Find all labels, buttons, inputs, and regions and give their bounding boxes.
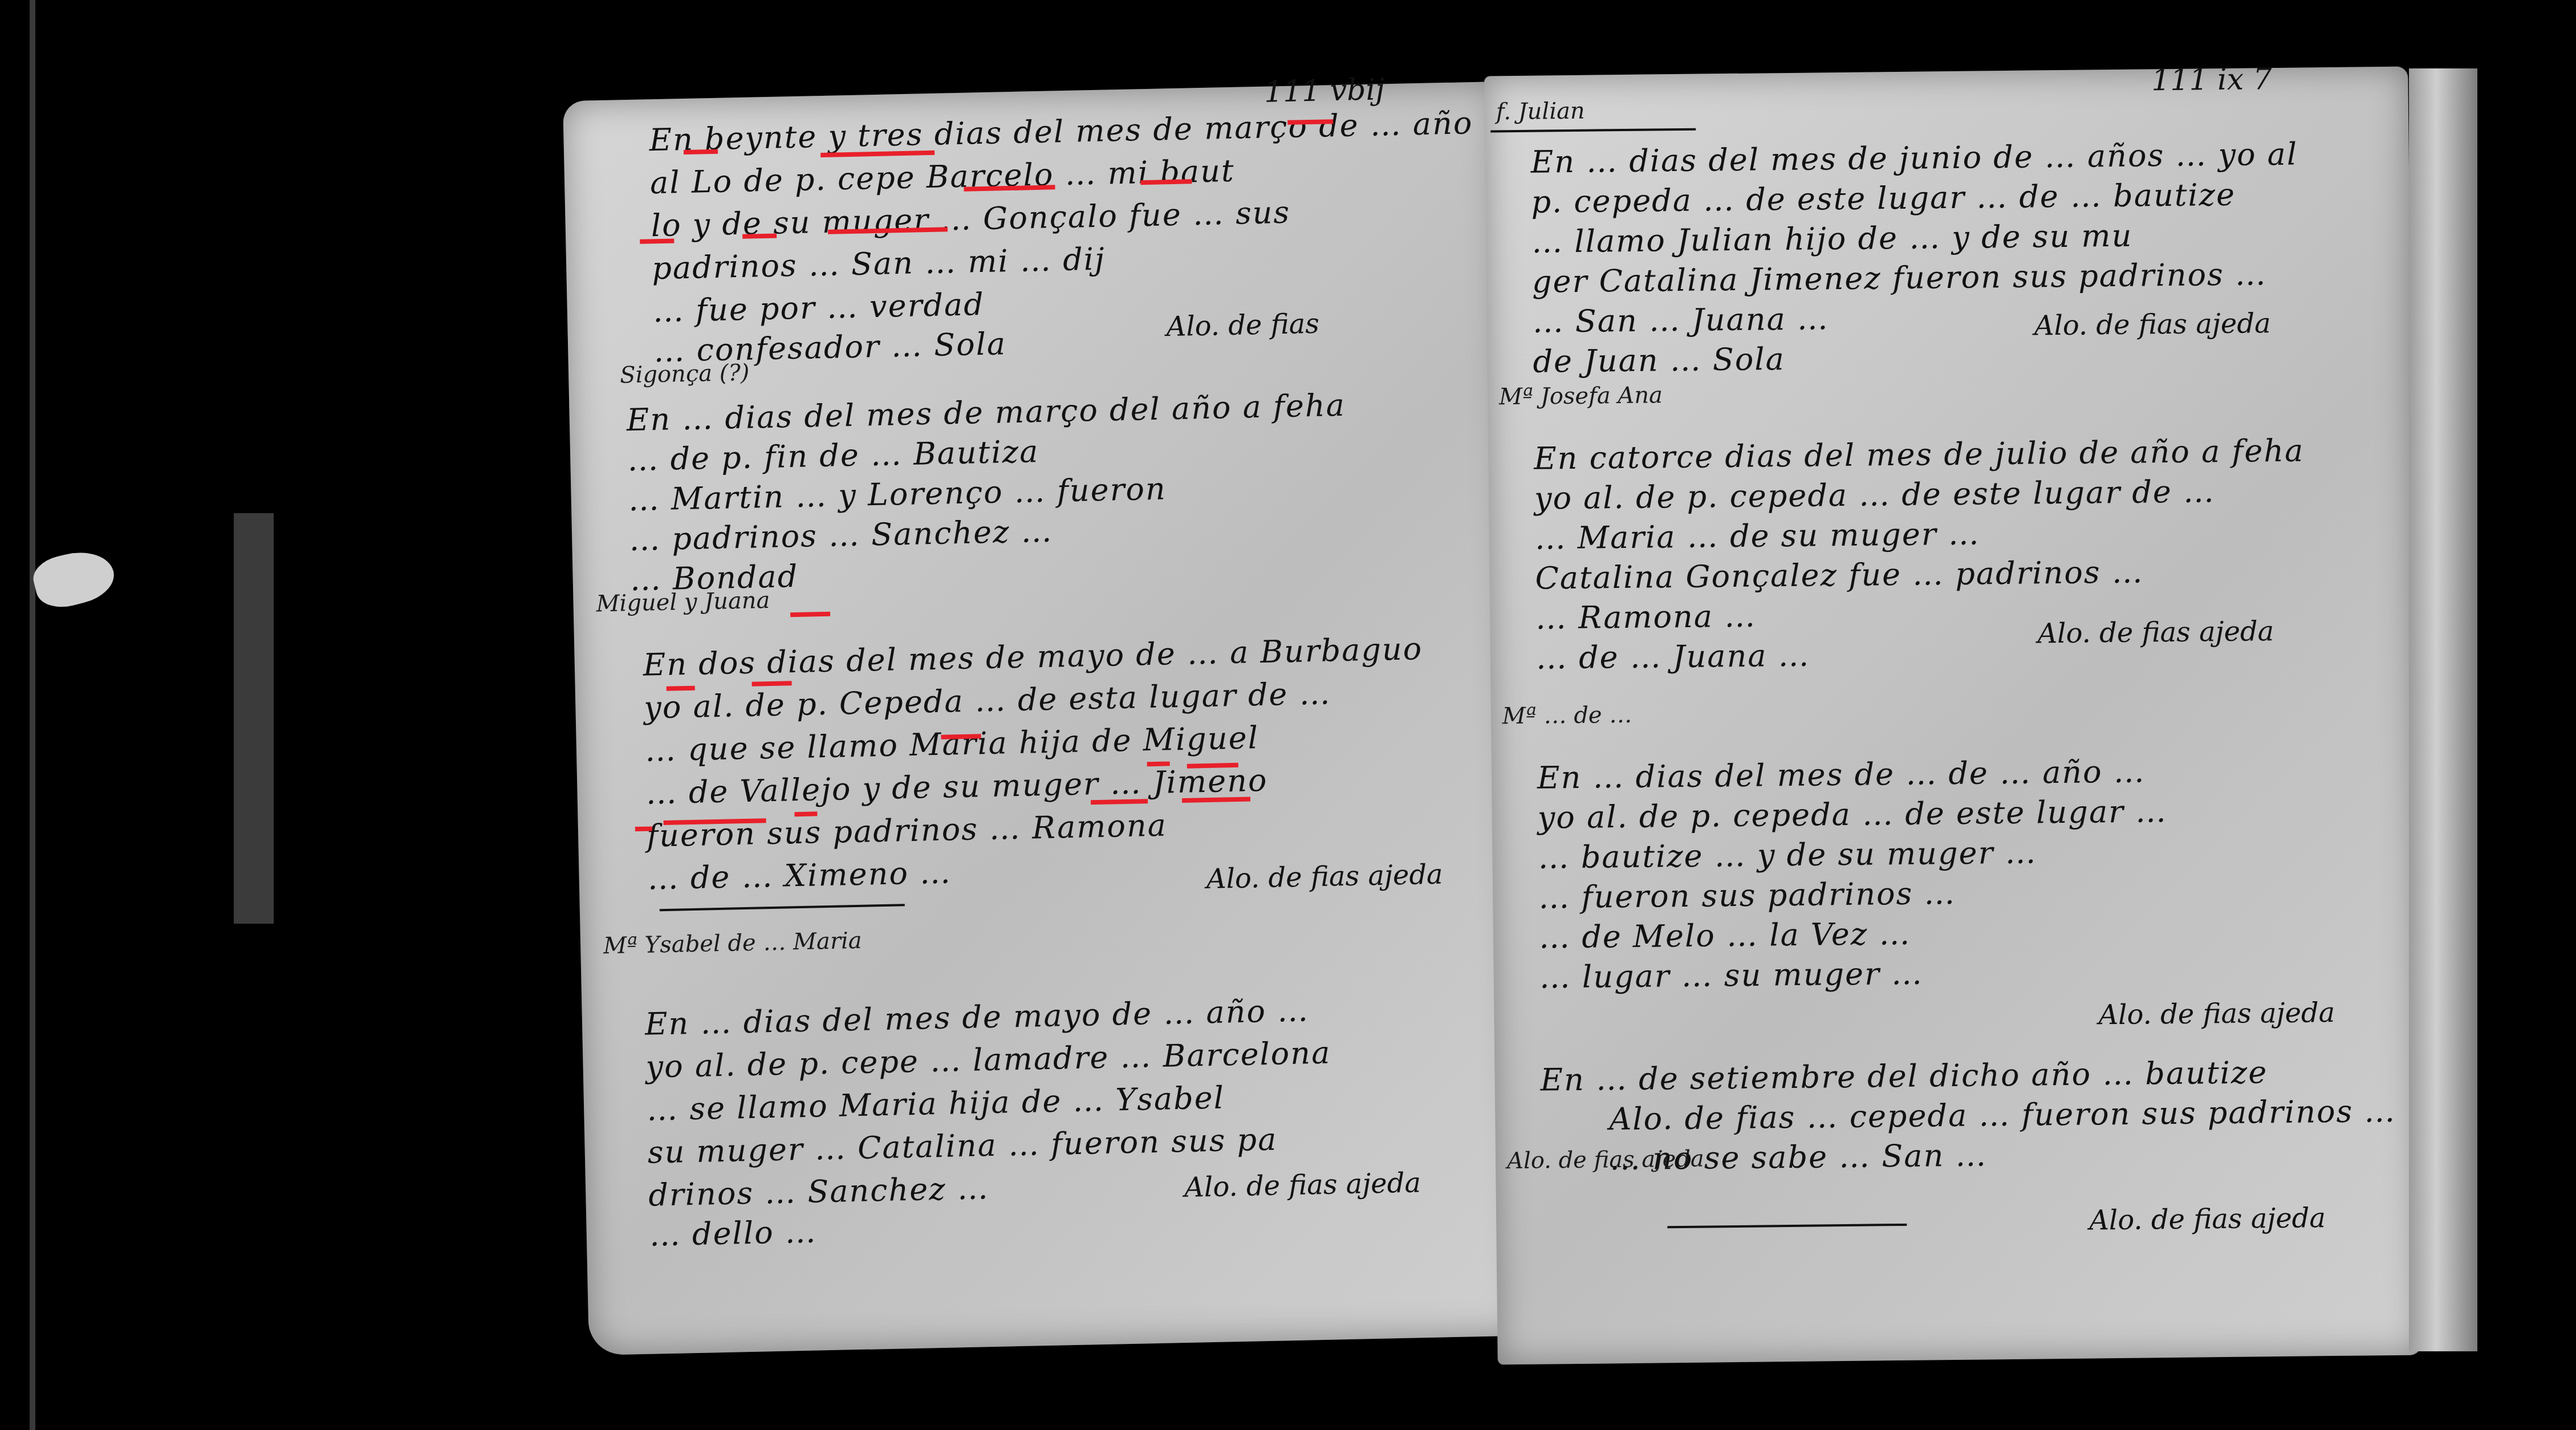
- entry-line: … bautize … y de su muger …: [1538, 834, 2037, 875]
- entry-line: … San … Juana …: [1532, 300, 1829, 339]
- entry-line: yo al. de p. cepeda … de este lugar …: [1538, 793, 2168, 836]
- entry-line: padrinos … San … mi … dij: [652, 241, 1106, 287]
- entry-line: Alo. de fias … cepeda … fueron sus padri…: [1609, 1093, 2396, 1137]
- header-underline: [1490, 128, 1696, 133]
- page-edges: [2409, 68, 2477, 1351]
- margin-note: Mª … de …: [1502, 702, 1632, 729]
- entry-line: drinos … Sanchez …: [648, 1170, 990, 1213]
- margin-note: Mª Ysabel de … Maria: [603, 928, 862, 959]
- red-underline: [742, 234, 777, 239]
- entry-line: yo al. de p. Cepeda … de esta lugar de …: [644, 675, 1331, 725]
- red-underline: [684, 149, 718, 155]
- entry-line: … de p. fin de … Bautiza: [627, 433, 1039, 478]
- red-underline: [635, 826, 652, 831]
- signature: Alo. de fias ajeda: [2089, 1202, 2326, 1236]
- header-note: f. Julian: [1496, 98, 1585, 125]
- left-page: 111 vbij Sigonça (?) En beynte y tres di…: [563, 82, 1524, 1355]
- entry-line: … fue por … verdad: [652, 286, 985, 329]
- red-underline: [1147, 761, 1170, 766]
- entry-divider: [660, 904, 905, 911]
- red-underline: [1091, 799, 1148, 805]
- entry-line: En … dias del mes de mayo de … año …: [644, 992, 1309, 1042]
- entry-line: … confesador … Sola: [653, 326, 1007, 369]
- entry-line: En dos dias del mes de mayo de … a Burba…: [643, 631, 1423, 683]
- entry-line: … Bondad: [629, 558, 799, 598]
- entry-line: … fueron sus padrinos …: [1538, 875, 1956, 916]
- signature: Alo. de fias ajeda: [2098, 997, 2335, 1031]
- entry-line: … Ramona …: [1535, 598, 1757, 636]
- entry-line: Catalina Gonçalez fue … padrinos …: [1535, 554, 2144, 596]
- red-underline: [667, 686, 695, 691]
- entry-line: fueron sus padrinos … Ramona: [647, 807, 1168, 854]
- entry-line: de Juan … Sola: [1533, 341, 1785, 380]
- folio-number: 111 vbij: [1263, 72, 1384, 109]
- signature: Alo. de fias ajeda: [1184, 1167, 1421, 1204]
- entry-line: … de … Ximeno …: [647, 854, 952, 896]
- entry-line: … de … Juana …: [1536, 637, 1810, 676]
- red-underline: [790, 612, 830, 617]
- entry-divider: [1667, 1224, 1907, 1228]
- entry-line: En … de setiembre del dicho año … bautiz…: [1540, 1054, 2268, 1098]
- entry-line: p. cepeda … de este lugar … de … bautize: [1531, 177, 2236, 220]
- entry-line: … dello …: [649, 1214, 817, 1253]
- binding-band: [234, 513, 274, 924]
- red-underline: [941, 734, 981, 739]
- right-page: 111 ix 7 f. Julian En … dias del mes de …: [1484, 67, 2421, 1365]
- entry-line: … llamo Julian hijo de … y de su mu: [1531, 218, 2133, 260]
- entry-line: yo al. de p. cepe … lamadre … Barcelona: [645, 1035, 1331, 1085]
- signature: Alo. de fias ajeda: [2037, 615, 2274, 649]
- entry-line: su muger … Catalina … fueron sus pa: [647, 1122, 1278, 1171]
- entry-line: … padrinos … Sanchez …: [629, 513, 1054, 558]
- entry-line: En catorce dias del mes de julio de año …: [1534, 433, 2305, 477]
- entry-line: En … dias del mes de junio de … años … y…: [1530, 136, 2298, 180]
- signature: Alo. de fias: [1166, 308, 1319, 343]
- entry-line: … de Melo … la Vez …: [1539, 916, 1911, 956]
- margin-note: Mª Josefa Ana: [1499, 382, 1663, 410]
- paper-fragment: [29, 544, 119, 613]
- red-underline: [794, 811, 817, 816]
- signature: Alo. de fias ajeda: [2034, 307, 2271, 342]
- entry-line: En … dias del mes de … de … año …: [1537, 753, 2146, 795]
- entry-line: ger Catalina Jimenez fueron sus padrinos…: [1532, 256, 2268, 299]
- entry-line: … lugar … su muger …: [1539, 956, 1923, 996]
- entry-line: … Martin … y Lorenço … fueron: [628, 470, 1167, 518]
- red-underline: [640, 238, 674, 243]
- red-underline: [1287, 119, 1333, 125]
- folio-number: 111 ix 7: [2151, 62, 2272, 97]
- entry-line: yo al. de p. cepeda … de este lugar de …: [1534, 473, 2216, 517]
- entry-line: … de Vallejo y de su muger … Jimeno: [645, 762, 1268, 811]
- entry-line: al Lo de p. cepe Barcelo … mi baut: [650, 153, 1236, 201]
- entry-line: … se llamo Maria hija de … Ysabel: [647, 1079, 1225, 1127]
- red-underline: [1182, 797, 1250, 803]
- entry-line: … no se sabe … San …: [1610, 1137, 1988, 1177]
- red-underline: [752, 681, 792, 686]
- binding-edge: [30, 0, 35, 1430]
- entry-line: … Maria … de su muger …: [1534, 515, 1980, 556]
- signature: Alo. de fias ajeda: [1206, 858, 1443, 895]
- entry-line: En … dias del mes de março del año a feh…: [626, 387, 1346, 438]
